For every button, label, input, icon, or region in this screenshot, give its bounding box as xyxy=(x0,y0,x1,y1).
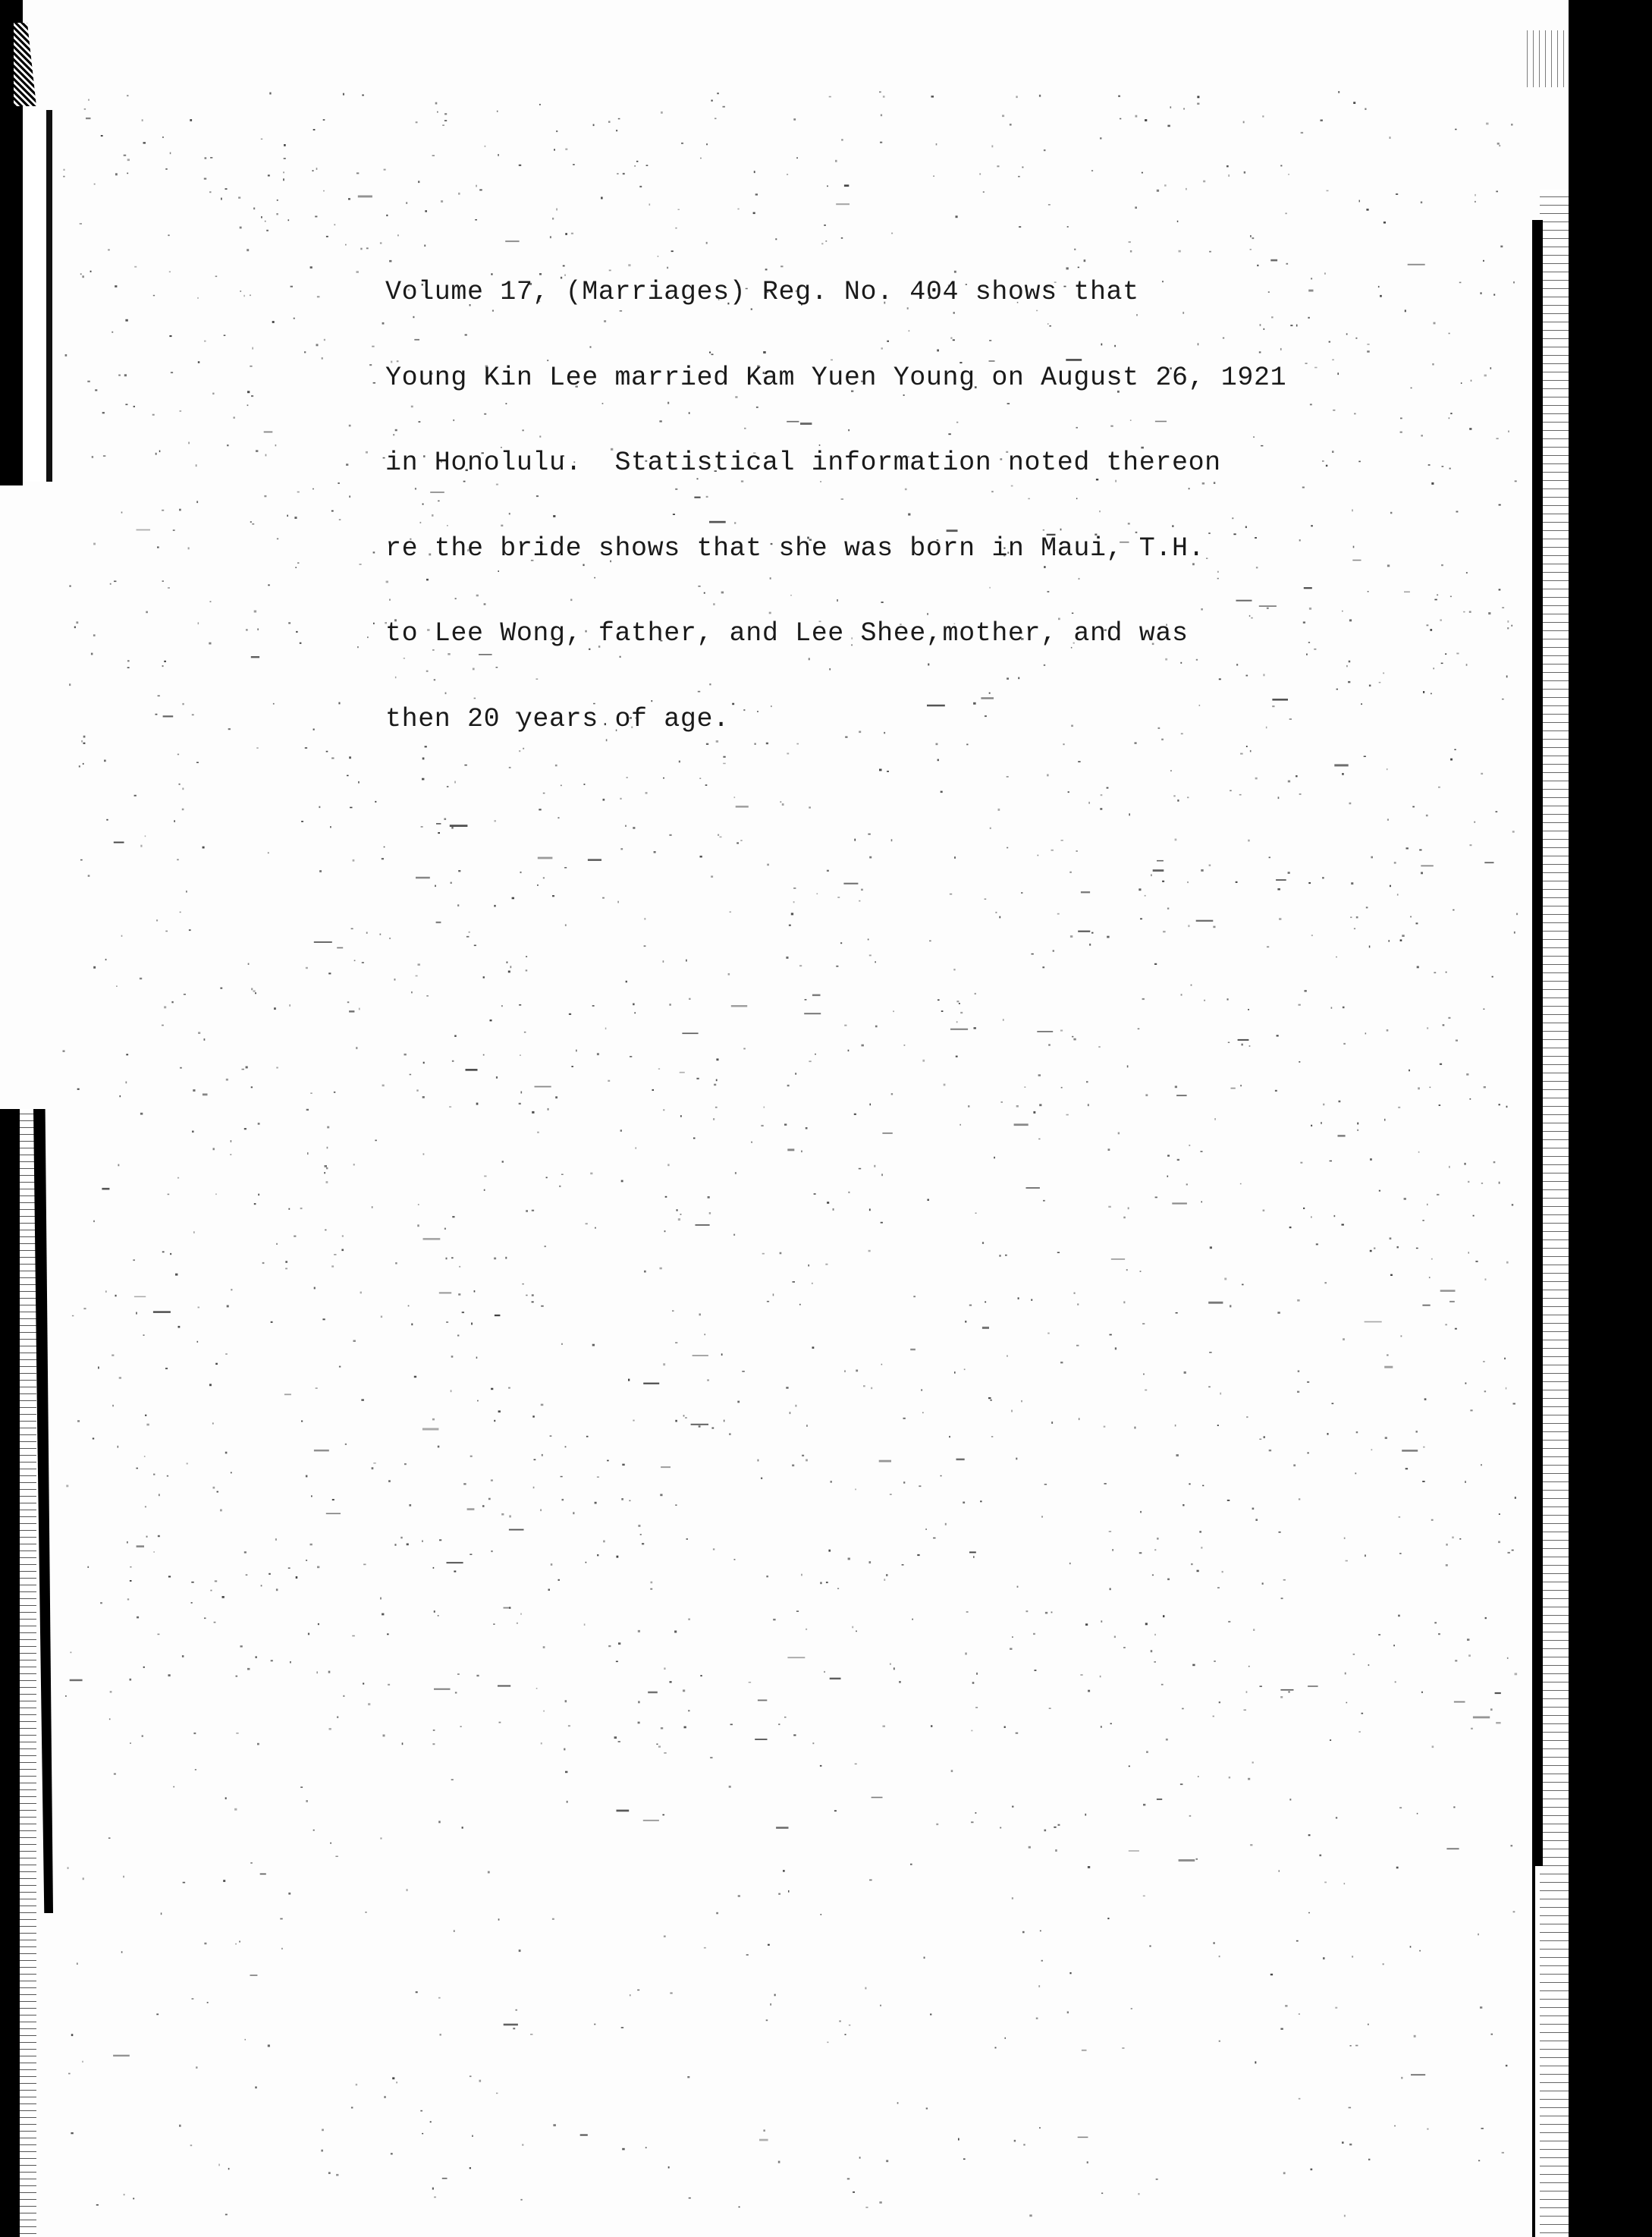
right-scan-grain-top xyxy=(1525,30,1569,87)
text-line-2: Young Kin Lee married Kam Yuen Young on … xyxy=(385,364,1371,393)
right-scan-inner-bar xyxy=(1532,220,1543,1866)
text-line-5: to Lee Wong, father, and Lee Shee,mother… xyxy=(385,620,1371,649)
right-scan-lower-line xyxy=(1532,1858,1535,2237)
text-line-6: then 20 years of age. xyxy=(385,705,1371,734)
text-line-4: re the bride shows that she was born in … xyxy=(385,535,1371,564)
record-paragraph: Volume 17, (Marriages) Reg. No. 404 show… xyxy=(385,222,1371,790)
text-line-3: in Honolulu. Statistical information not… xyxy=(385,449,1371,478)
scanned-page: Volume 17, (Marriages) Reg. No. 404 show… xyxy=(0,0,1652,2237)
left-scan-grain-top xyxy=(14,23,36,106)
text-line-1: Volume 17, (Marriages) Reg. No. 404 show… xyxy=(385,278,1371,307)
left-scan-border-bottom xyxy=(0,1109,20,2237)
left-scan-strip xyxy=(25,110,52,482)
right-scan-border xyxy=(1569,0,1652,2237)
left-scan-grain-bottom xyxy=(20,1109,36,2237)
right-scan-grain xyxy=(1540,190,1570,2237)
